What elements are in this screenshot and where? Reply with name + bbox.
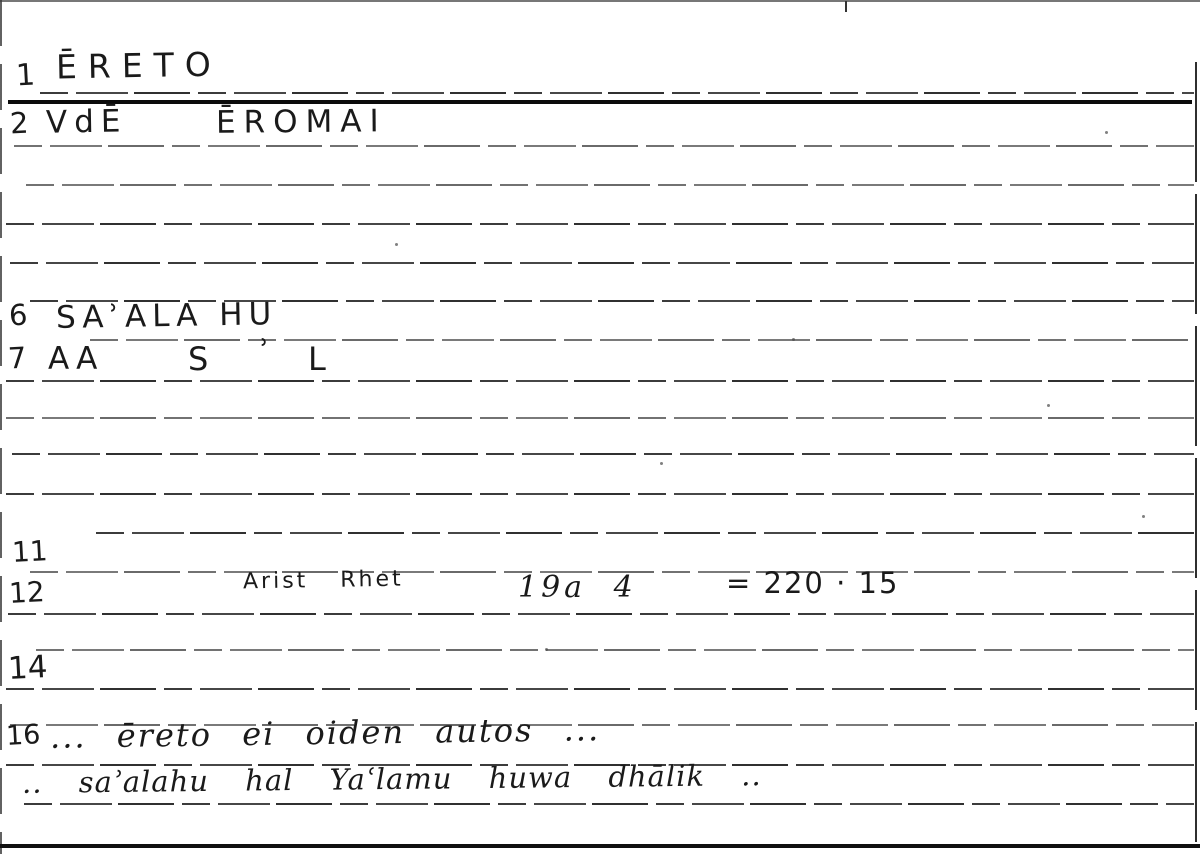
line-number-1: 1 xyxy=(15,58,36,94)
entry-saalahu: SAʾALA HU xyxy=(56,296,278,336)
crossref-eromai: ĒROMAI xyxy=(216,103,387,140)
right-border xyxy=(1195,62,1197,854)
ruled-line xyxy=(6,223,1194,225)
ruled-line xyxy=(8,613,1194,615)
citation-arist-rhet: Arist Rhet xyxy=(243,567,404,595)
headword-ereto: ĒRETO xyxy=(56,45,222,87)
ruled-line xyxy=(6,380,1194,382)
line-number-2: 2 xyxy=(9,106,29,141)
ruled-line xyxy=(6,417,1194,419)
ruled-line xyxy=(96,532,1194,534)
registration-tick xyxy=(845,1,847,12)
ruled-line xyxy=(12,453,1194,455)
root-hamza: ʾ xyxy=(260,334,269,369)
heavy-rule xyxy=(8,100,1192,104)
top-border xyxy=(0,0,1200,2)
line-number-12: 12 xyxy=(8,575,45,610)
left-border xyxy=(0,0,2,854)
ruled-line xyxy=(26,184,1194,186)
scan-speck xyxy=(1105,131,1108,134)
scan-speck xyxy=(1142,515,1145,518)
ruled-line xyxy=(40,92,1194,94)
line-number-6: 6 xyxy=(8,298,28,333)
line-number-7: 7 xyxy=(7,341,27,376)
bottom-heavy-rule xyxy=(0,844,1200,848)
index-card: 1 ĒRETO 2 VdĒ ĒROMAI 6 SAʾALA HU 7 AA S … xyxy=(0,0,1200,854)
crossref-vde: VdĒ xyxy=(46,103,128,140)
root-s: S xyxy=(188,340,208,378)
scan-speck xyxy=(660,462,663,465)
passage-19a4: 19a 4 xyxy=(518,570,637,605)
root-l: L xyxy=(308,340,326,378)
ruled-line xyxy=(6,688,1194,690)
ruled-line xyxy=(14,145,1194,147)
ruled-line xyxy=(6,493,1194,495)
ruled-line xyxy=(10,262,1194,264)
page-ref-220-15: = 220 · 15 xyxy=(726,566,899,600)
greek-quote: ... ēreto ei oiden autos ... xyxy=(50,710,601,756)
scan-speck xyxy=(545,648,548,651)
line-number-11: 11 xyxy=(11,534,48,569)
ruled-line xyxy=(90,339,1194,341)
scan-speck xyxy=(395,243,398,246)
arabic-quote: .. saʾalahu hal Yaʿlamu huwa dhālik .. xyxy=(22,758,762,800)
line-number-16: 16 xyxy=(5,719,41,752)
scan-speck xyxy=(1047,404,1050,407)
line-number-14: 14 xyxy=(7,649,48,687)
ruled-line xyxy=(24,803,1194,805)
ruled-line xyxy=(36,649,1194,651)
root-aa: AA xyxy=(48,341,103,377)
scan-speck xyxy=(792,338,795,341)
